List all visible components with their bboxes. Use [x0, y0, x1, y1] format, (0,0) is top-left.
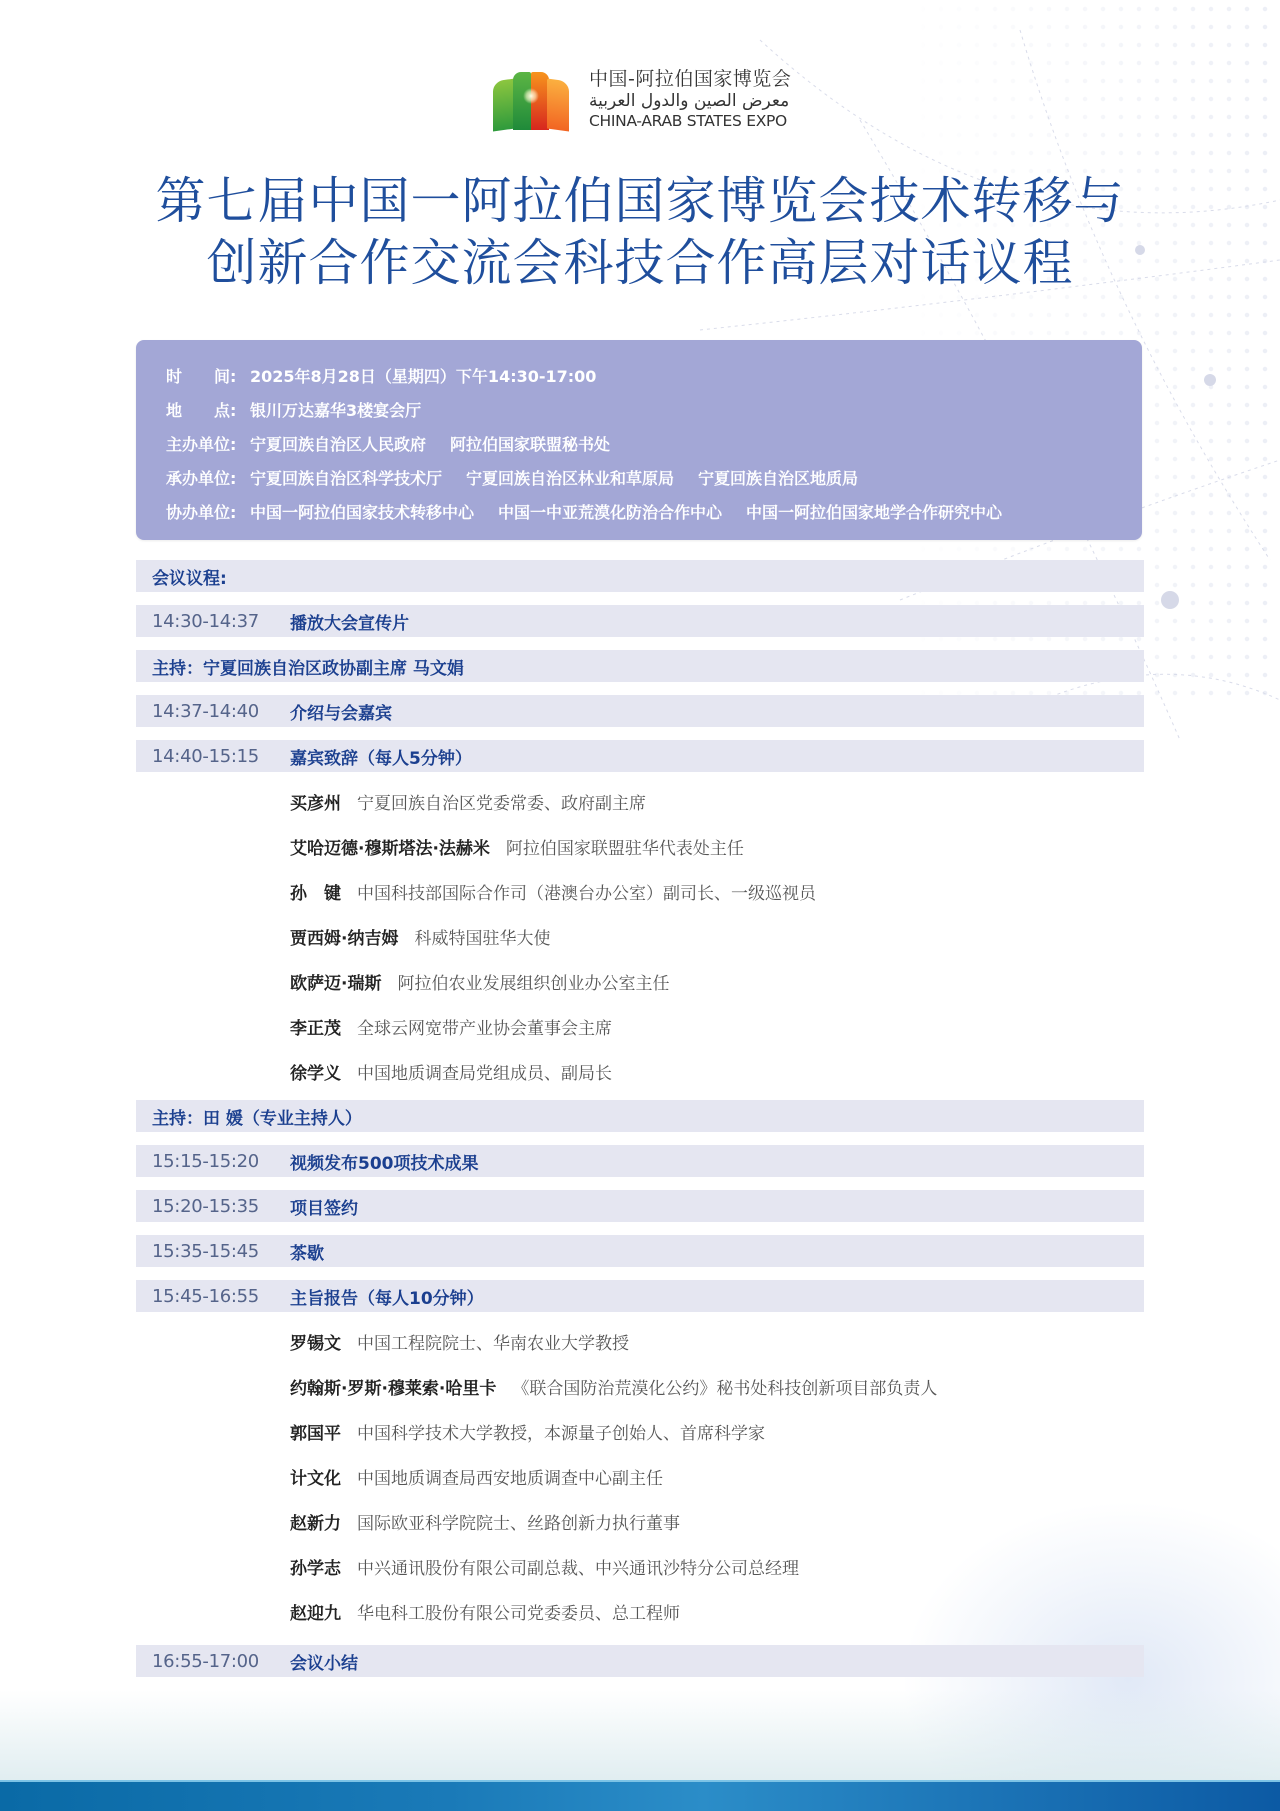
- agenda-time: 15:20-15:35: [136, 1196, 290, 1217]
- speaker-title: 中国科技部国际合作司（港澳台办公室）副司长、一级巡视员: [357, 879, 816, 904]
- info-label: 地 点:: [166, 398, 250, 421]
- agenda-text: 茶歇: [290, 1239, 324, 1264]
- info-label: 主办单位:: [166, 432, 250, 455]
- expo-logo-icon: [493, 70, 569, 130]
- info-row-time: 时 间:2025年8月28日（星期四）下午14:30-17:00: [166, 364, 620, 387]
- agenda-header: 会议议程:: [136, 560, 1144, 592]
- speaker-title: 中国科学技术大学教授，本源量子创始人、首席科学家: [357, 1419, 765, 1444]
- speaker-title: 中国工程院院士、华南农业大学教授: [357, 1329, 629, 1354]
- keynote-speaker: 孙学志中兴通讯股份有限公司副总裁、中兴通讯沙特分公司总经理: [290, 1550, 799, 1582]
- bottom-band: [0, 1780, 1280, 1811]
- agenda-text: 介绍与会嘉宾: [290, 699, 392, 724]
- agenda-item: 15:45-16:55主旨报告（每人10分钟）: [136, 1280, 1144, 1312]
- info-row-co-organizer: 协办单位:中国一阿拉伯国家技术转移中心中国一中亚荒漠化防治合作中心中国一阿拉伯国…: [166, 500, 1026, 523]
- speaker-name: 约翰斯·罗斯·穆莱索·哈里卡: [290, 1374, 496, 1399]
- agenda-moderator: 主持：宁夏回族自治区政协副主席 马文娟: [136, 650, 1144, 682]
- agenda-item: 15:35-15:45茶歇: [136, 1235, 1144, 1267]
- keynote-speaker: 郭国平中国科学技术大学教授，本源量子创始人、首席科学家: [290, 1415, 765, 1447]
- agenda-text: 项目签约: [290, 1194, 358, 1219]
- info-value: 2025年8月28日（星期四）下午14:30-17:00: [250, 367, 596, 386]
- info-value: 银川万达嘉华3楼宴会厅: [250, 401, 421, 420]
- info-row-organizer: 承办单位:宁夏回族自治区科学技术厅宁夏回族自治区林业和草原局宁夏回族自治区地质局: [166, 466, 882, 489]
- agenda-text: 主旨报告（每人10分钟）: [290, 1284, 484, 1309]
- bottom-decoration: [0, 1690, 1280, 1785]
- info-value: 中国一中亚荒漠化防治合作中心: [498, 503, 722, 522]
- title-line-1: 第七届中国一阿拉伯国家博览会技术转移与: [0, 170, 1280, 232]
- speaker-name: 贾西姆·纳吉姆: [290, 924, 398, 949]
- logo-chinese-name: 中国-阿拉伯国家博览会: [589, 70, 791, 89]
- agenda-time: 14:40-15:15: [136, 746, 290, 767]
- speaker: 徐学义中国地质调查局党组成员、副局长: [290, 1055, 612, 1087]
- agenda-text: 视频发布500项技术成果: [290, 1149, 479, 1174]
- info-label: 承办单位:: [166, 466, 250, 489]
- agenda-item: 14:40-15:15嘉宾致辞（每人5分钟）: [136, 740, 1144, 772]
- speaker-name: 艾哈迈德·穆斯塔法·法赫米: [290, 834, 490, 859]
- speaker-name: 买彦州: [290, 789, 341, 814]
- agenda-item: 16:55-17:00会议小结: [136, 1645, 1144, 1677]
- agenda-item: 15:20-15:35项目签约: [136, 1190, 1144, 1222]
- agenda-text: 播放大会宣传片: [290, 609, 409, 634]
- info-row-location: 地 点:银川万达嘉华3楼宴会厅: [166, 398, 445, 421]
- info-value: 中国一阿拉伯国家地学合作研究中心: [746, 503, 1002, 522]
- title-line-2: 创新合作交流会科技合作高层对话议程: [0, 232, 1280, 294]
- agenda-text: 嘉宾致辞（每人5分钟）: [290, 744, 472, 769]
- speaker-title: 全球云网宽带产业协会董事会主席: [357, 1014, 612, 1039]
- agenda-text: 会议小结: [290, 1649, 358, 1674]
- speaker: 孙 键中国科技部国际合作司（港澳台办公室）副司长、一级巡视员: [290, 875, 816, 907]
- info-label: 协办单位:: [166, 500, 250, 523]
- info-value: 中国一阿拉伯国家技术转移中心: [250, 503, 474, 522]
- keynote-speaker: 计文化中国地质调查局西安地质调查中心副主任: [290, 1460, 663, 1492]
- agenda-time: 15:45-16:55: [136, 1286, 290, 1307]
- event-info-box: 时 间:2025年8月28日（星期四）下午14:30-17:00 地 点:银川万…: [136, 340, 1142, 540]
- speaker-name: 赵迎九: [290, 1599, 341, 1624]
- agenda-item: 14:30-14:37播放大会宣传片: [136, 605, 1144, 637]
- info-row-host: 主办单位:宁夏回族自治区人民政府阿拉伯国家联盟秘书处: [166, 432, 634, 455]
- speaker: 李正茂全球云网宽带产业协会董事会主席: [290, 1010, 612, 1042]
- speaker: 贾西姆·纳吉姆科威特国驻华大使: [290, 920, 550, 952]
- agenda-time: 14:30-14:37: [136, 611, 290, 632]
- speaker-name: 李正茂: [290, 1014, 341, 1039]
- speaker-title: 中国地质调查局西安地质调查中心副主任: [357, 1464, 663, 1489]
- agenda-time: 15:35-15:45: [136, 1241, 290, 1262]
- speaker-name: 罗锡文: [290, 1329, 341, 1354]
- page-title: 第七届中国一阿拉伯国家博览会技术转移与 创新合作交流会科技合作高层对话议程: [0, 170, 1280, 294]
- speaker-name: 计文化: [290, 1464, 341, 1489]
- speaker-title: 华电科工股份有限公司党委委员、总工程师: [357, 1599, 680, 1624]
- keynote-speaker: 约翰斯·罗斯·穆莱索·哈里卡《联合国防治荒漠化公约》秘书处科技创新项目部负责人: [290, 1370, 937, 1402]
- speaker-name: 郭国平: [290, 1419, 341, 1444]
- logo-arabic-name: معرض الصين والدول العربية: [589, 93, 791, 110]
- speaker: 欧萨迈·瑞斯阿拉伯农业发展组织创业办公室主任: [290, 965, 669, 997]
- speaker-title: 宁夏回族自治区党委常委、政府副主席: [357, 789, 646, 814]
- speaker-name: 孙学志: [290, 1554, 341, 1579]
- speaker-name: 欧萨迈·瑞斯: [290, 969, 381, 994]
- info-value: 宁夏回族自治区地质局: [698, 469, 858, 488]
- expo-logo: 中国-阿拉伯国家博览会 معرض الصين والدول العربية CH…: [493, 70, 791, 130]
- keynote-speaker: 赵新力国际欧亚科学院院士、丝路创新力执行董事: [290, 1505, 680, 1537]
- agenda-item: 14:37-14:40介绍与会嘉宾: [136, 695, 1144, 727]
- logo-english-name: CHINA-ARAB STATES EXPO: [589, 114, 791, 130]
- info-value: 宁夏回族自治区林业和草原局: [466, 469, 674, 488]
- speaker-name: 孙 键: [290, 879, 341, 904]
- info-value: 宁夏回族自治区人民政府: [250, 435, 426, 454]
- speaker-title: 科威特国驻华大使: [414, 924, 550, 949]
- keynote-speaker: 赵迎九华电科工股份有限公司党委委员、总工程师: [290, 1595, 680, 1627]
- info-label: 时 间:: [166, 364, 250, 387]
- agenda-moderator: 主持：田 媛（专业主持人）: [136, 1100, 1144, 1132]
- info-value: 阿拉伯国家联盟秘书处: [450, 435, 610, 454]
- info-value: 宁夏回族自治区科学技术厅: [250, 469, 442, 488]
- agenda-time: 15:15-15:20: [136, 1151, 290, 1172]
- agenda-time: 14:37-14:40: [136, 701, 290, 722]
- speaker-title: 阿拉伯国家联盟驻华代表处主任: [506, 834, 744, 859]
- speaker: 艾哈迈德·穆斯塔法·法赫米阿拉伯国家联盟驻华代表处主任: [290, 830, 744, 862]
- speaker-title: 中国地质调查局党组成员、副局长: [357, 1059, 612, 1084]
- speaker-title: 《联合国防治荒漠化公约》秘书处科技创新项目部负责人: [512, 1374, 937, 1399]
- agenda-time: 16:55-17:00: [136, 1651, 290, 1672]
- speaker-title: 阿拉伯农业发展组织创业办公室主任: [397, 969, 669, 994]
- speaker-title: 国际欧亚科学院院士、丝路创新力执行董事: [357, 1509, 680, 1534]
- keynote-speaker: 罗锡文中国工程院院士、华南农业大学教授: [290, 1325, 629, 1357]
- speaker-name: 徐学义: [290, 1059, 341, 1084]
- agenda-item: 15:15-15:20视频发布500项技术成果: [136, 1145, 1144, 1177]
- speaker-title: 中兴通讯股份有限公司副总裁、中兴通讯沙特分公司总经理: [357, 1554, 799, 1579]
- speaker: 买彦州宁夏回族自治区党委常委、政府副主席: [290, 785, 646, 817]
- speaker-name: 赵新力: [290, 1509, 341, 1534]
